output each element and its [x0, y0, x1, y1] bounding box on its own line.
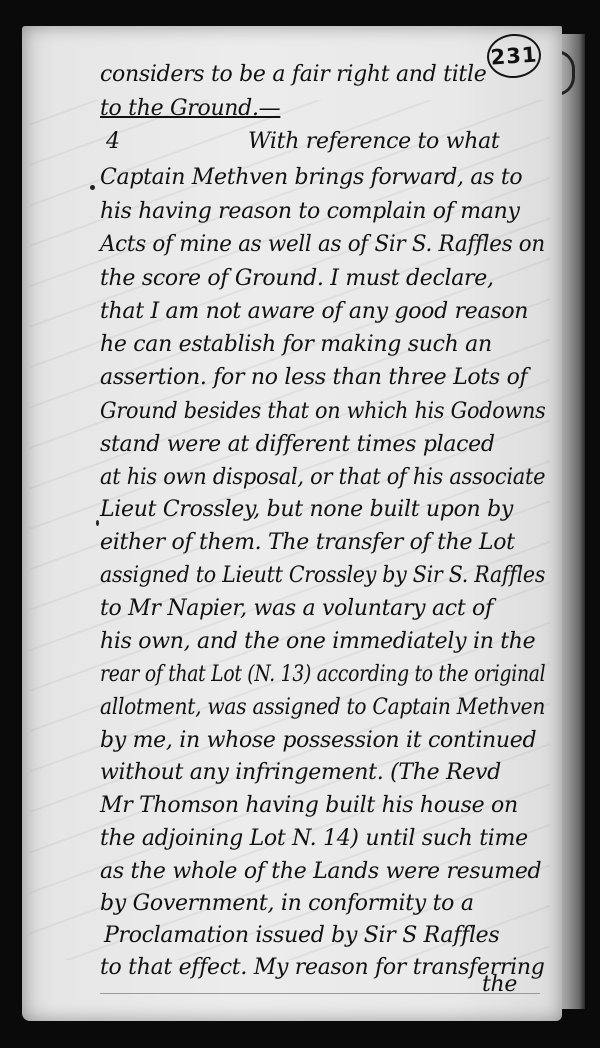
line-text: to Mr Napier, was a voluntary act of	[100, 596, 493, 621]
line-text: at his own disposal, or that of his asso…	[100, 465, 545, 490]
manuscript-line-17: to Mr Napier, was a voluntary act of	[100, 596, 493, 621]
line-text: without any infringement. (The Revd	[100, 760, 501, 785]
manuscript-line-1: considers to be a fair right and title	[100, 62, 486, 87]
line-text: Captain Methven brings forward, as to	[100, 165, 522, 190]
line-text: With reference to what	[248, 129, 499, 154]
line-text: by Government, in conformity to a	[100, 891, 474, 916]
line-text: Ground besides that on which his Godowns	[100, 399, 545, 424]
line-text: to that effect. My reason for transferri…	[100, 955, 545, 980]
manuscript-line-3: With reference to what	[248, 129, 499, 154]
margin-dot	[90, 185, 95, 190]
manuscript-line-5: his having reason to complain of many	[100, 199, 520, 224]
manuscript-line-19: rear of that Lot (N. 13) according to th…	[100, 662, 545, 687]
manuscript-line-21: by me, in whose possession it continued	[100, 728, 536, 753]
line-text: by me, in whose possession it continued	[100, 728, 536, 753]
line-text: assertion. for no less than three Lots o…	[100, 365, 527, 390]
manuscript-line-23: Mr Thomson having built his house on	[100, 793, 518, 818]
line-text: that I am not aware of any good reason	[100, 299, 528, 324]
line-text: assigned to Lieutt Crossley by Sir S. Ra…	[100, 563, 545, 588]
manuscript-line-6: Acts of mine as well as of Sir S. Raffle…	[100, 232, 545, 257]
line-text: Mr Thomson having built his house on	[100, 793, 518, 818]
manuscript-line-24: the adjoining Lot N. 14) until such time	[100, 826, 528, 851]
line-text: his own, and the one immediately in the	[100, 629, 535, 654]
manuscript-line-14: Lieut Crossley, but none built upon by	[100, 497, 513, 522]
manuscript-line-22: without any infringement. (The Revd	[100, 760, 501, 785]
manuscript-line-20: allotment, was assigned to Captain Methv…	[100, 695, 545, 720]
line-text: Acts of mine as well as of Sir S. Raffle…	[100, 232, 545, 257]
line-text: Proclamation issued by Sir S Raffles	[104, 923, 499, 948]
paragraph-marker: 4	[106, 129, 120, 154]
manuscript-line-4: Captain Methven brings forward, as to	[100, 165, 522, 190]
manuscript-line-16: assigned to Lieutt Crossley by Sir S. Ra…	[100, 563, 545, 588]
line-text: he can establish for making such an	[100, 332, 492, 357]
line-text: as the whole of the Lands were resumed	[100, 859, 541, 884]
manuscript-line-9: he can establish for making such an	[100, 332, 492, 357]
line-text: Lieut Crossley, but none built upon by	[100, 497, 513, 522]
line-text: the adjoining Lot N. 14) until such time	[100, 826, 528, 851]
manuscript-line-27: Proclamation issued by Sir S Raffles	[104, 923, 499, 948]
line-text: his having reason to complain of many	[100, 199, 520, 224]
margin-tick	[96, 520, 99, 526]
manuscript-line-15: either of them. The transfer of the Lot	[100, 530, 515, 555]
line-text: stand were at different times placed	[100, 432, 495, 457]
manuscript-line-10: assertion. for no less than three Lots o…	[100, 365, 527, 390]
manuscript-line-8: that I am not aware of any good reason	[100, 299, 528, 324]
manuscript-line-13: at his own disposal, or that of his asso…	[100, 465, 545, 490]
line-text: either of them. The transfer of the Lot	[100, 530, 515, 555]
page-fold-line	[100, 993, 540, 994]
manuscript-line-2: to the Ground.—	[100, 96, 280, 121]
manuscript-line-12: stand were at different times placed	[100, 432, 495, 457]
line-text: allotment, was assigned to Captain Methv…	[100, 695, 545, 720]
manuscript-line-26: by Government, in conformity to a	[100, 891, 474, 916]
manuscript-line-11: Ground besides that on which his Godowns	[100, 399, 545, 424]
manuscript-line-7: the score of Ground. I must declare,	[100, 266, 494, 291]
line-text: to the Ground.—	[100, 96, 280, 121]
line-text: the score of Ground. I must declare,	[100, 266, 494, 291]
manuscript-line-28: to that effect. My reason for transferri…	[100, 955, 545, 980]
line-text: rear of that Lot (N. 13) according to th…	[100, 662, 545, 687]
line-text: considers to be a fair right and title	[100, 62, 486, 87]
manuscript-line-18: his own, and the one immediately in the	[100, 629, 535, 654]
manuscript-line-25: as the whole of the Lands were resumed	[100, 859, 541, 884]
